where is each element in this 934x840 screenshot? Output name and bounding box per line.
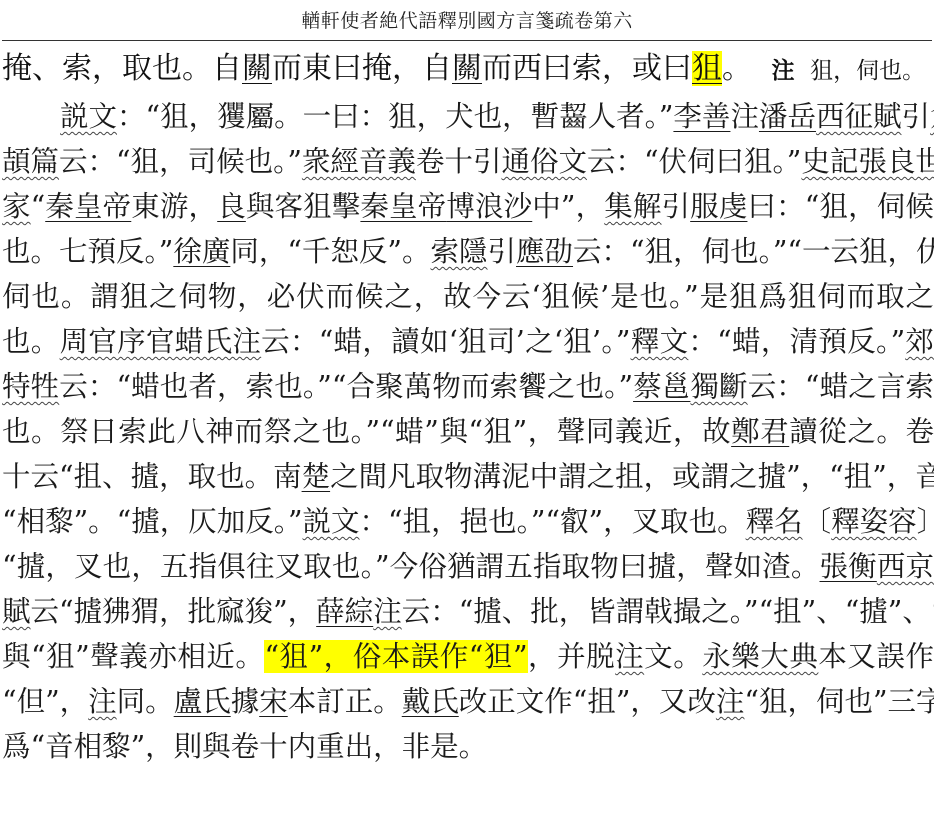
text-run: 伺也。謂狙之伺物，必伏而候之，故今云‘狙候’是也。”是狙爲狙伺而取之 (2, 280, 934, 313)
book-title: 衆經音義 (302, 145, 416, 178)
book-title: 家 (2, 190, 31, 223)
book-title: 釋姿容 (831, 505, 917, 538)
text-run: 爲“音相黎”，則與卷十内重出，非是。 (2, 730, 487, 763)
proper-name: 關 (242, 51, 272, 86)
commentary-line: 爲“音相黎”，則與卷十内重出，非是。 (2, 724, 934, 769)
book-title: 周官序官蜡氏注 (60, 325, 262, 358)
text-run: 云“摣狒猬，批窳狻”， (31, 595, 317, 628)
text-run: “摣，叉也，五指俱往叉取也。”今俗猶謂五指取物曰摣，聲如渣。 (2, 550, 820, 583)
text-run: 之間凡取物溝泥中謂之抯，或謂之摣”，“抯”，音 (330, 460, 934, 493)
proper-name: 潘岳 (759, 100, 816, 133)
book-title: 説文 (60, 100, 117, 133)
commentary-line: 家“秦皇帝東游，良與客狙擊秦皇帝博浪沙中”，集解引服虔曰：“狙，伺候 (2, 184, 934, 229)
proper-name: 秦皇帝 (45, 190, 131, 223)
book-title: 西征賦 (816, 100, 902, 133)
text-run: 云：“蜡之言索 (748, 370, 934, 403)
heading-text: 掩、索，取也。自關而東曰掩，自關而西曰索，或曰狙。 (2, 51, 752, 86)
main-entry-heading: 掩、索，取也。自關而東曰掩，自關而西曰索，或曰狙。 注 狙，伺也。 (2, 46, 932, 94)
text-run: 據 (231, 685, 260, 718)
text-run: 也。祭日索此八神而祭之也。”“蜡”與“狙”，聲同義近，故 (2, 415, 731, 448)
book-title: 注 (716, 685, 745, 718)
text-run: 引 (901, 100, 930, 133)
proper-name: 戴氏 (402, 685, 459, 718)
book-title: 頡篇 (2, 145, 59, 178)
text-run: 云：“狙，伺也。”“一云狙，伏 (573, 235, 934, 268)
proper-name: 張衡 (820, 550, 877, 583)
text-run: 云：“狙，司候也。” (59, 145, 302, 178)
book-title: 史記張良世 (801, 145, 934, 178)
text-run: 引 (488, 235, 517, 268)
running-header: 輶軒使者絶代語釋別國方言箋疏卷第六 (0, 6, 934, 33)
text-run: 改正文作“抯”，又改 (459, 685, 716, 718)
proper-name: 良 (217, 190, 246, 223)
text-run: 中”， (532, 190, 604, 223)
proper-name: 秦皇帝 (360, 190, 446, 223)
text-run: “狙，伺也”三字 (744, 685, 934, 718)
commentary-line: 十云“抯、摣，取也。南楚之間凡取物溝泥中謂之抯，或謂之摣”，“抯”，音 (2, 454, 934, 499)
text-run: 引 (662, 190, 691, 223)
text-run: 云：“蜡，讀如‘狙司’之‘狙’。” (261, 325, 630, 358)
text-run: 本又誤作 (818, 640, 934, 673)
commentary-line: 也。祭日索此八神而祭之也。”“蜡”與“狙”，聲同義近，故鄭君讀從之。卷 (2, 409, 934, 454)
commentary-line: “但”，注同。盧氏據宋本訂正。戴氏改正文作“抯”，又改注“狙，伺也”三字 (2, 679, 934, 724)
text-run: 東游， (131, 190, 217, 223)
text-run: 也。七預反。” (2, 235, 173, 268)
text-run: 掩、索，取也。自 (2, 51, 242, 86)
text-run: 與客狙擊 (246, 190, 361, 223)
text-run: 同，“千恕反”。 (230, 235, 430, 268)
commentary-body: 説文：“狙，玃屬。一曰：狙，犬也，暫齧人者。”李善注潘岳西征賦引倉頡篇云：“狙，… (2, 94, 934, 769)
text-run: ，并脱 (528, 640, 616, 673)
text-run: 云：“蜡也者，索也。”“合聚萬物而索饗之也。” (59, 370, 633, 403)
text-run: 而東曰掩，自 (272, 51, 452, 86)
text-run: 本訂正。 (288, 685, 402, 718)
book-title: 永樂大典 (702, 640, 818, 673)
text-run: 曰：“狙，伺候 (747, 190, 933, 223)
commentary-line: 伺也。謂狙之伺物，必伏而候之，故今云‘狙候’是也。”是狙爲狙伺而取之 (2, 274, 934, 319)
book-title: 注 (615, 640, 644, 673)
text-run: 〕： (917, 505, 934, 538)
text-run: “ (31, 190, 46, 223)
book-title: 通俗文 (501, 145, 587, 178)
proper-name: 薛綜 (316, 595, 373, 628)
book-title: 注 (88, 685, 117, 718)
text-run: 與“狙”聲義亦相近。 (2, 640, 264, 673)
text-run: 〔 (803, 505, 832, 538)
text-run: “但”， (2, 685, 88, 718)
book-title: 郊 (905, 325, 934, 358)
text-run: 云：“伏伺曰狙。” (587, 145, 801, 178)
proper-name: 蔡邕 (633, 370, 690, 403)
note-mark: 注 (772, 57, 795, 84)
commentary-line: 也。七預反。”徐廣同，“千恕反”。索隱引應劭云：“狙，伺也。”“一云狙，伏 (2, 229, 934, 274)
book-title: 釋名 (746, 505, 803, 538)
book-title: 倉 (930, 100, 934, 133)
commentary-line: 特牲云：“蜡也者，索也。”“合聚萬物而索饗之也。”蔡邕獨斷云：“蜡之言索 (2, 364, 934, 409)
text-run: 注 (730, 100, 759, 133)
commentary-line: 説文：“狙，玃屬。一曰：狙，犬也，暫齧人者。”李善注潘岳西征賦引倉 (2, 94, 934, 139)
document-page: 輶軒使者絶代語釋別國方言箋疏卷第六 掩、索，取也。自關而東曰掩，自關而西曰索，或… (0, 0, 934, 840)
proper-name: 鄭君 (731, 415, 789, 448)
book-title: 特牲 (2, 370, 59, 403)
proper-name: 盧氏 (174, 685, 231, 718)
book-title: 賦 (2, 595, 31, 628)
text-run: ：“蜡，清預反。” (688, 325, 905, 358)
text-run: 云：“摣、批，皆謂戟撮之。”“抯”、“摣”、“叡”， (402, 595, 934, 628)
commentary-line: “摣，叉也，五指俱往叉取也。”今俗猶謂五指取物曰摣，聲如渣。張衡西京 (2, 544, 934, 589)
proper-name: 宋 (259, 685, 288, 718)
proper-name: 服虔 (690, 190, 747, 223)
commentary-line: 也。周官序官蜡氏注云：“蜡，讀如‘狙司’之‘狙’。”釋文：“蜡，清預反。”郊 (2, 319, 934, 364)
proper-name: 應劭 (516, 235, 573, 268)
text-run: 而西曰索，或曰 (482, 51, 692, 86)
book-title: 注 (373, 595, 402, 628)
commentary-line: “相黎”。“摣，仄加反。”説文：“抯，挹也。”“叡”，叉取也。釋名〔釋姿容〕： (2, 499, 934, 544)
highlighted-text: “狙”，俗本誤作“狚” (264, 640, 527, 673)
proper-name: 楚 (302, 460, 331, 493)
book-title: 釋文 (631, 325, 689, 358)
text-run: 卷十引 (416, 145, 502, 178)
note-text: 狙，伺也。 (810, 58, 925, 84)
proper-name: 徐廣 (173, 235, 230, 268)
commentary-line: 與“狙”聲義亦相近。“狙”，俗本誤作“狚”，并脱注文。永樂大典本又誤作 (2, 634, 934, 679)
text-run: ：“狙，玃屬。一曰：狙，犬也，暫齧人者。” (117, 100, 673, 133)
text-run: 十云“抯、摣，取也。南 (2, 460, 302, 493)
highlighted-text: 狙 (692, 51, 722, 86)
book-title: 獨斷 (690, 370, 747, 403)
text-run: 也。 (2, 325, 60, 358)
book-title: 索隱 (430, 235, 487, 268)
commentary-line: 賦云“摣狒猬，批窳狻”，薛綜注云：“摣、批，皆謂戟撮之。”“抯”、“摣”、“叡”… (2, 589, 934, 634)
book-title: 西京 (877, 550, 934, 583)
text-run: 讀從之。卷 (789, 415, 934, 448)
text-run: ：“抯，挹也。”“叡”，叉取也。 (360, 505, 746, 538)
proper-name: 李善 (673, 100, 730, 133)
text-run: 同。 (117, 685, 174, 718)
commentary-line: 頡篇云：“狙，司候也。”衆經音義卷十引通俗文云：“伏伺曰狙。”史記張良世 (2, 139, 934, 184)
book-title: 説文 (303, 505, 360, 538)
proper-name: 關 (452, 51, 482, 86)
text-run: 。 (722, 51, 752, 86)
text-run: 文。 (644, 640, 702, 673)
text-run: “相黎”。“摣，仄加反。” (2, 505, 303, 538)
book-title: 集解 (604, 190, 661, 223)
header-rule (2, 40, 932, 41)
proper-name: 博浪沙 (446, 190, 532, 223)
